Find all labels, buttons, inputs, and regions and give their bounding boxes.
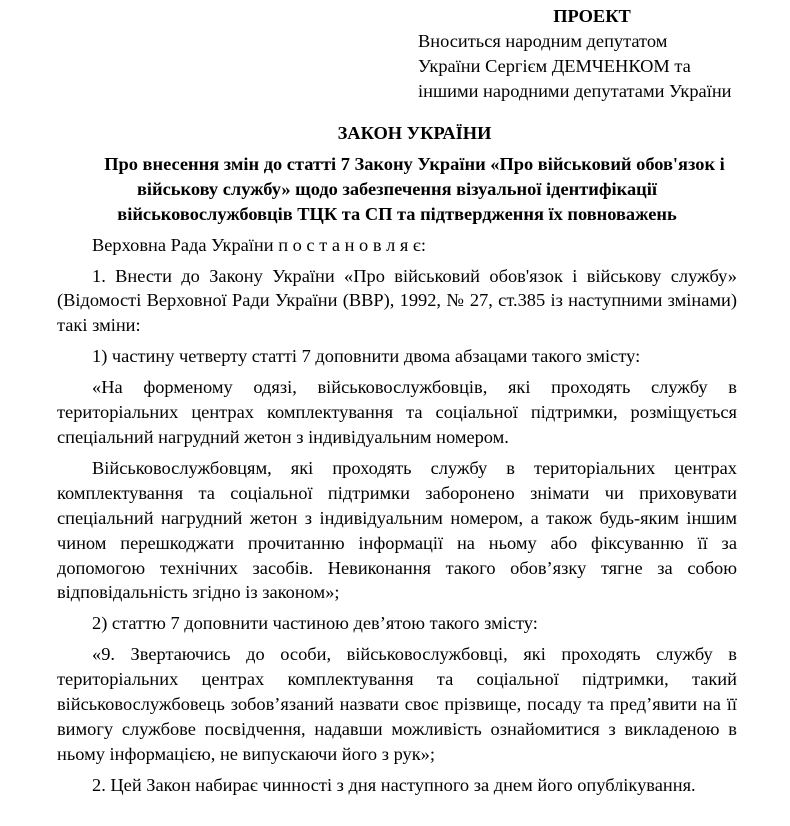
paragraph-quoted-provision-2: Військовослужбовцям, які проходять служб…	[57, 456, 737, 605]
project-label: ПРОЕКТ	[418, 4, 766, 29]
paragraph-subitem-1: 1) частину четверту статті 7 доповнити д…	[57, 344, 737, 369]
submission-block: ПРОЕКТ Вноситься народним депутатом Укра…	[418, 4, 766, 104]
law-title: Про внесення змін до статті 7 Закону Укр…	[57, 152, 737, 227]
paragraph-enacting-formula: Верховна Рада України п о с т а н о в л …	[57, 233, 737, 258]
law-heading: ЗАКОН УКРАЇНИ	[57, 121, 737, 146]
paragraph-quoted-provision-1: «На форменому одязі, військовослужбовців…	[57, 375, 737, 450]
paragraph-item-2: 2. Цей Закон набирає чинності з дня наст…	[57, 773, 737, 798]
submitted-by-line: України Сергієм ДЕМЧЕНКОМ та	[418, 54, 766, 79]
paragraph-item-1: 1. Внести до Закону України «Про військо…	[57, 264, 737, 339]
paragraph-quoted-provision-3: «9. Звертаючись до особи, військовослужб…	[57, 642, 737, 767]
submitted-by-line: іншими народними депутатами України	[418, 79, 766, 104]
submitted-by-line: Вноситься народним депутатом	[418, 29, 766, 54]
document-page: ПРОЕКТ Вноситься народним депутатом Укра…	[0, 0, 790, 826]
paragraph-subitem-2: 2) статтю 7 доповнити частиною дев’ятою …	[57, 611, 737, 636]
